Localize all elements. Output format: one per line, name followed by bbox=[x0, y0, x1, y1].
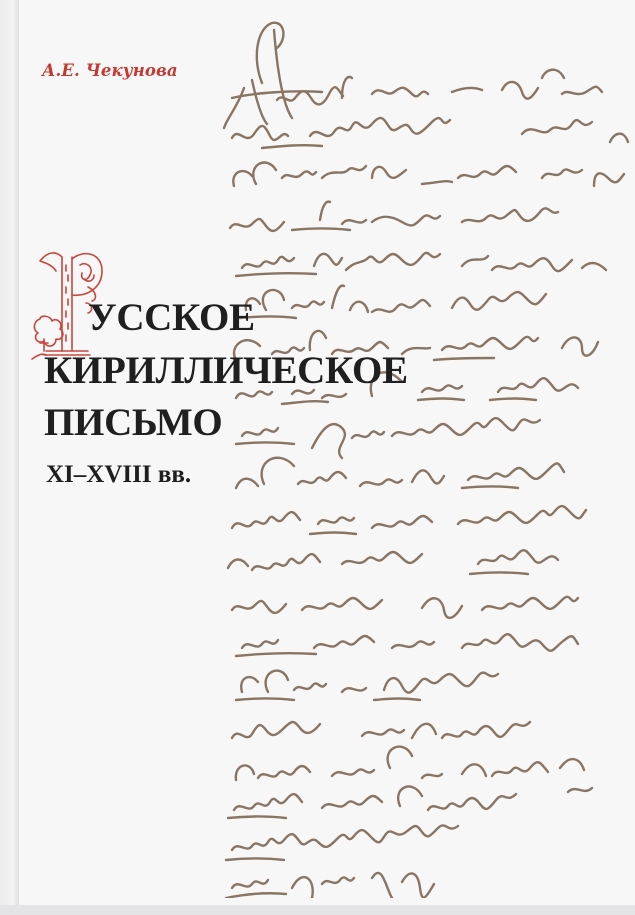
title-line-1: УССКОЕ bbox=[44, 298, 408, 337]
book-cover: А.Е. Чекунова bbox=[0, 0, 635, 905]
title-line-2: КИРИЛЛИЧЕСКОЕ bbox=[44, 351, 408, 390]
author-name: А.Е. Чекунова bbox=[42, 61, 178, 80]
bottom-edge bbox=[0, 905, 635, 915]
book-title: УССКОЕ КИРИЛЛИЧЕСКОЕ ПИСЬМО XI–XVIII вв. bbox=[44, 298, 408, 487]
title-subtitle-century-range: XI–XVIII вв. bbox=[44, 462, 408, 487]
spine-edge bbox=[0, 0, 19, 905]
title-line-3: ПИСЬМО bbox=[44, 403, 408, 442]
